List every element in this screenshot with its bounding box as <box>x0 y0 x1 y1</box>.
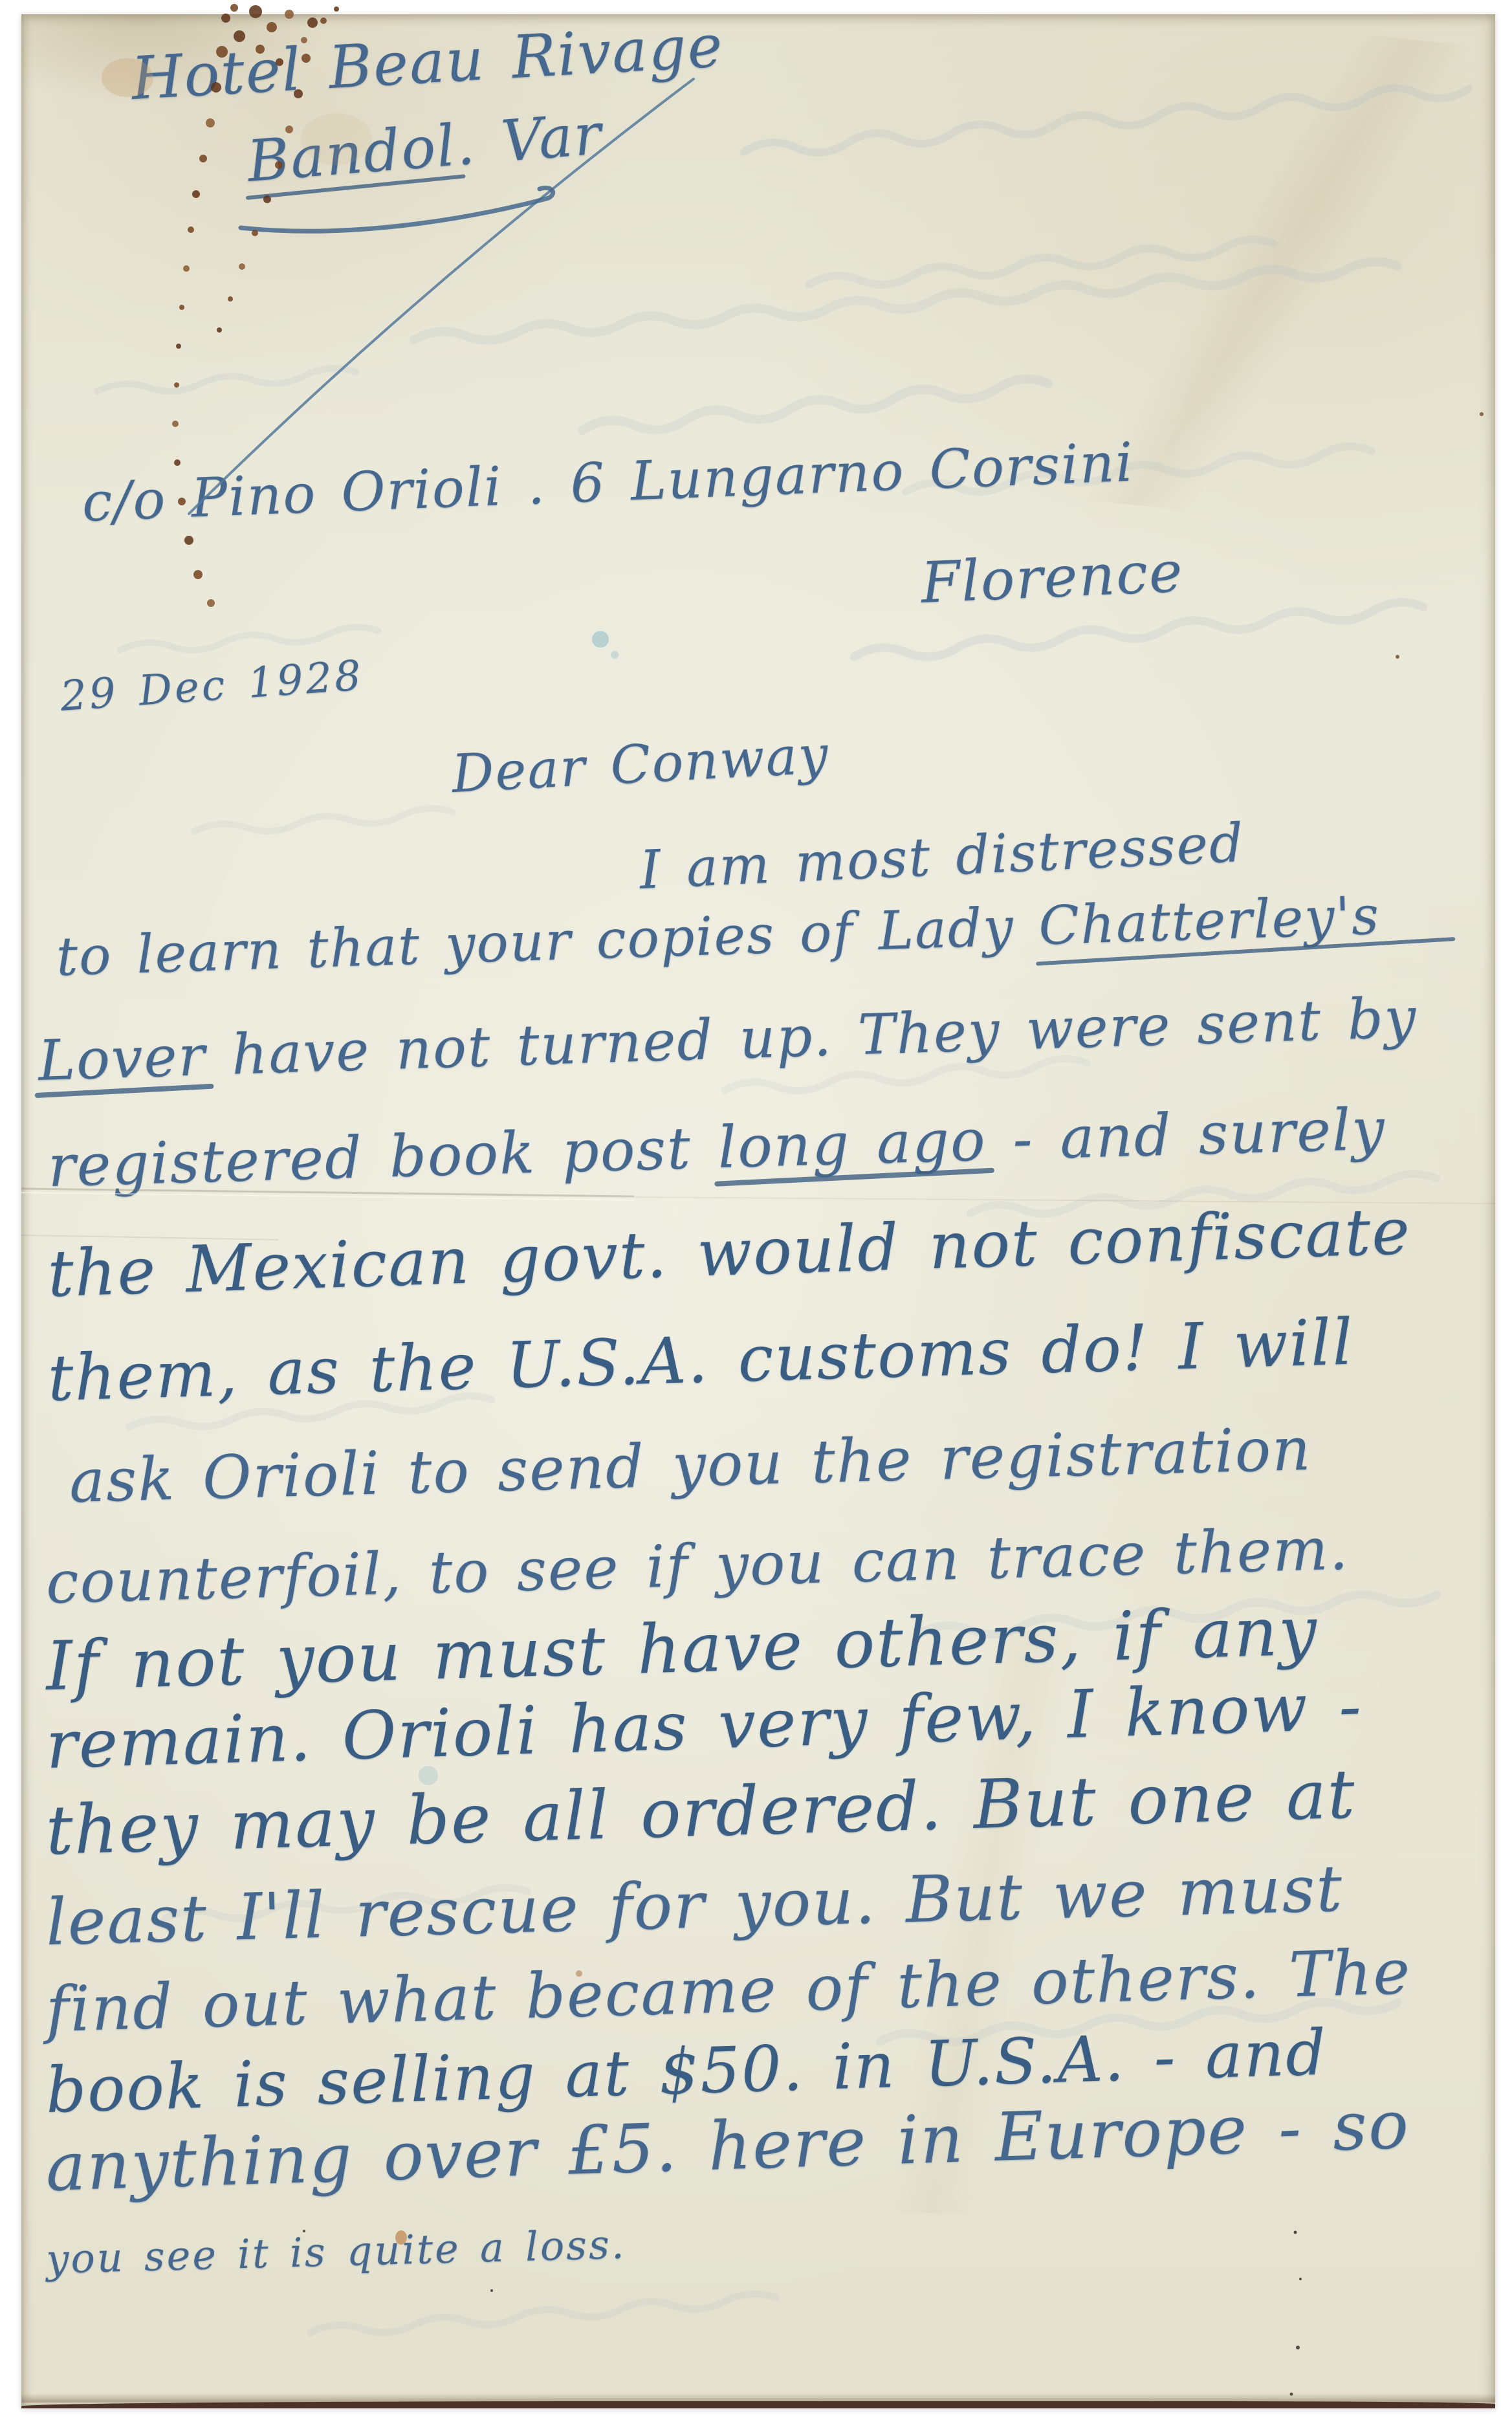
place-dept: . Var <box>454 100 605 178</box>
underlined-word: Chatterley's <box>1038 885 1381 958</box>
address-city: Florence <box>919 538 1185 616</box>
page-bottom-edge <box>21 2401 1495 2408</box>
underlined-word: long ago <box>717 1106 987 1182</box>
body-text: - and surely <box>985 1095 1386 1173</box>
underlined-word: Lover <box>37 1024 206 1094</box>
scan-background: Hotel Beau Rivage Bandol. Var c/o Pino O… <box>0 0 1512 2420</box>
